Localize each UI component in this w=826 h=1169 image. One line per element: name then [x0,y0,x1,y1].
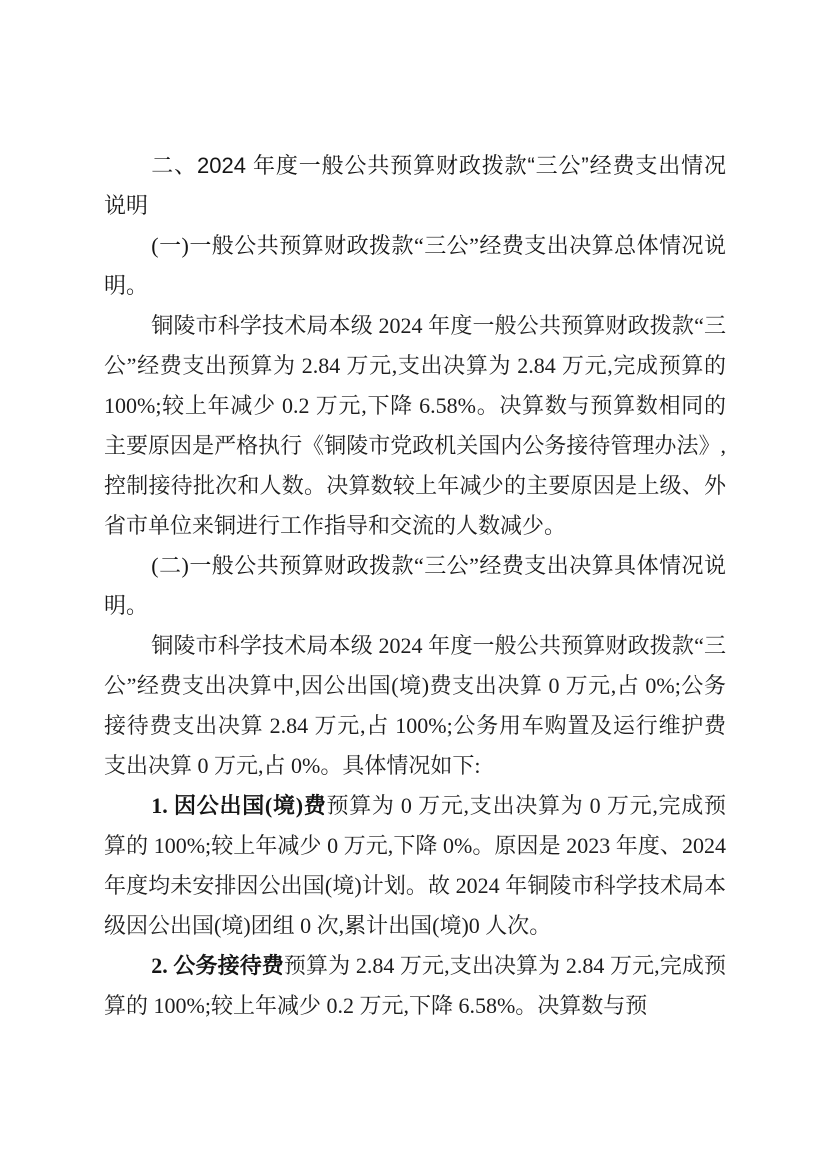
subsection-2-paragraph: 铜陵市科学技术局本级 2024 年度一般公共预算财政拨款“三公”经费支出决算中,… [104,626,726,786]
item-1-label: 1. 因公出国(境)费 [151,793,326,818]
subsection-1-heading: (一)一般公共预算财政拨款“三公”经费支出决算总体情况说明。 [104,226,726,306]
subsection-2-heading: (二)一般公共预算财政拨款“三公”经费支出决算具体情况说明。 [104,546,726,626]
item-1-paragraph: 1. 因公出国(境)费预算为 0 万元,支出决算为 0 万元,完成预算的 100… [104,786,726,946]
item-2-paragraph: 2. 公务接待费预算为 2.84 万元,支出决算为 2.84 万元,完成预算的 … [104,946,726,1026]
document-body: 二、2024 年度一般公共预算财政拨款“三公”经费支出情况说明 (一)一般公共预… [104,146,726,1026]
section-heading: 二、2024 年度一般公共预算财政拨款“三公”经费支出情况说明 [104,146,726,226]
item-2-label: 2. 公务接待费 [151,953,284,978]
subsection-1-paragraph: 铜陵市科学技术局本级 2024 年度一般公共预算财政拨款“三公”经费支出预算为 … [104,306,726,546]
document-page: 二、2024 年度一般公共预算财政拨款“三公”经费支出情况说明 (一)一般公共预… [0,0,826,1169]
